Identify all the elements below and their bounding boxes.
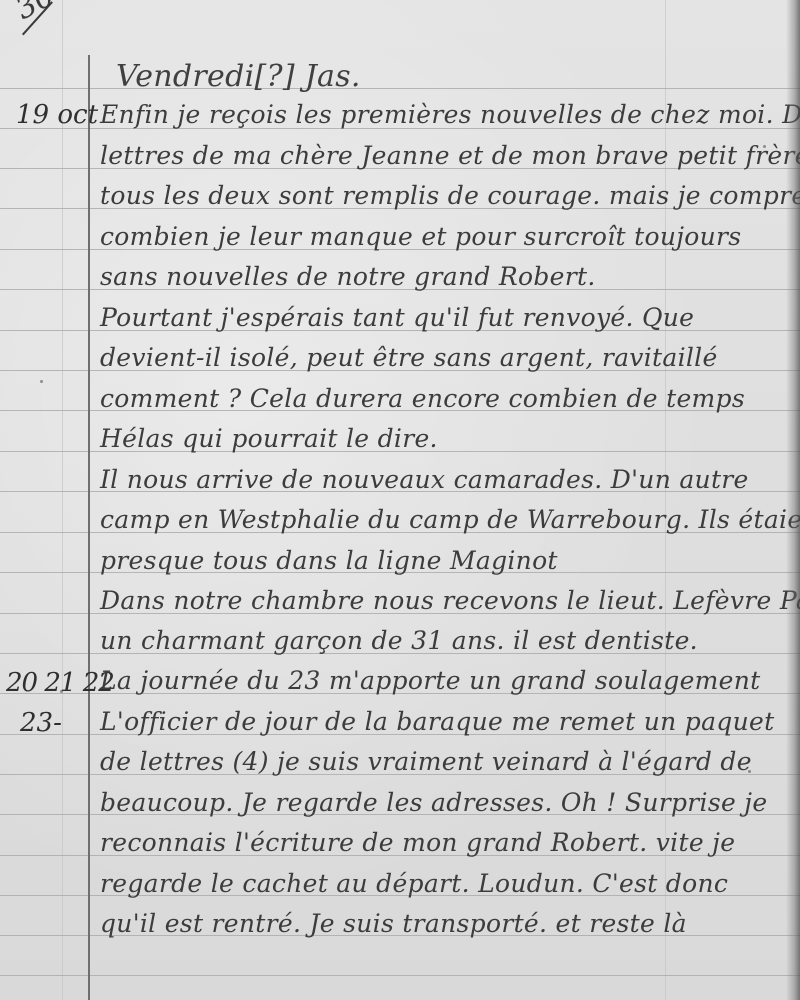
margin-line bbox=[88, 55, 90, 1000]
diary-line: Il nous arrive de nouveaux camarades. D'… bbox=[100, 467, 749, 492]
diary-page: 30 Vendredi[?] Jas. 19 oct 20 21 22 23- … bbox=[0, 0, 800, 1000]
diary-line: qu'il est rentré. Je suis transporté. et… bbox=[100, 911, 687, 936]
page-number: 30 bbox=[10, 0, 60, 27]
diary-line: reconnais l'écriture de mon grand Robert… bbox=[100, 830, 735, 855]
faint-vertical-rule bbox=[62, 0, 63, 1000]
diary-line: camp en Westphalie du camp de Warrebourg… bbox=[100, 507, 800, 532]
ruled-line bbox=[0, 975, 800, 976]
diary-line: de lettres (4) je suis vraiment veinard … bbox=[100, 749, 752, 774]
scan-speck bbox=[748, 770, 751, 773]
diary-line: un charmant garçon de 31 ans. il est den… bbox=[100, 628, 698, 653]
diary-line: Enfin je reçois les premières nouvelles … bbox=[100, 102, 800, 127]
margin-date: 20 21 22 bbox=[6, 668, 114, 698]
margin-date: 23- bbox=[20, 708, 62, 738]
entry-heading: Vendredi[?] Jas. bbox=[116, 62, 361, 92]
diary-line: combien je leur manque et pour surcroît … bbox=[100, 224, 741, 249]
diary-line: Dans notre chambre nous recevons le lieu… bbox=[100, 588, 800, 613]
diary-line: La journée du 23 m'apporte un grand soul… bbox=[100, 668, 761, 693]
diary-line: lettres de ma chère Jeanne et de mon bra… bbox=[100, 143, 800, 168]
binding-edge bbox=[786, 0, 800, 1000]
margin-date: 19 oct bbox=[16, 100, 98, 130]
diary-line: sans nouvelles de notre grand Robert. bbox=[100, 264, 596, 289]
scan-speck bbox=[763, 145, 766, 148]
diary-line: L'officier de jour de la baraque me reme… bbox=[100, 709, 774, 734]
diary-line: Pourtant j'espérais tant qu'il fut renvo… bbox=[100, 305, 694, 330]
diary-line: tous les deux sont remplis de courage. m… bbox=[100, 183, 800, 208]
diary-line: Hélas qui pourrait le dire. bbox=[100, 426, 438, 451]
diary-line: regarde le cachet au départ. Loudun. C'e… bbox=[100, 871, 728, 896]
diary-line: devient-il isolé, peut être sans argent,… bbox=[100, 345, 718, 370]
diary-line: comment ? Cela durera encore combien de … bbox=[100, 386, 745, 411]
diary-line: beaucoup. Je regarde les adresses. Oh ! … bbox=[100, 790, 767, 815]
scan-speck bbox=[60, 690, 63, 693]
scan-speck bbox=[40, 380, 43, 383]
diary-line: presque tous dans la ligne Maginot bbox=[100, 548, 558, 573]
